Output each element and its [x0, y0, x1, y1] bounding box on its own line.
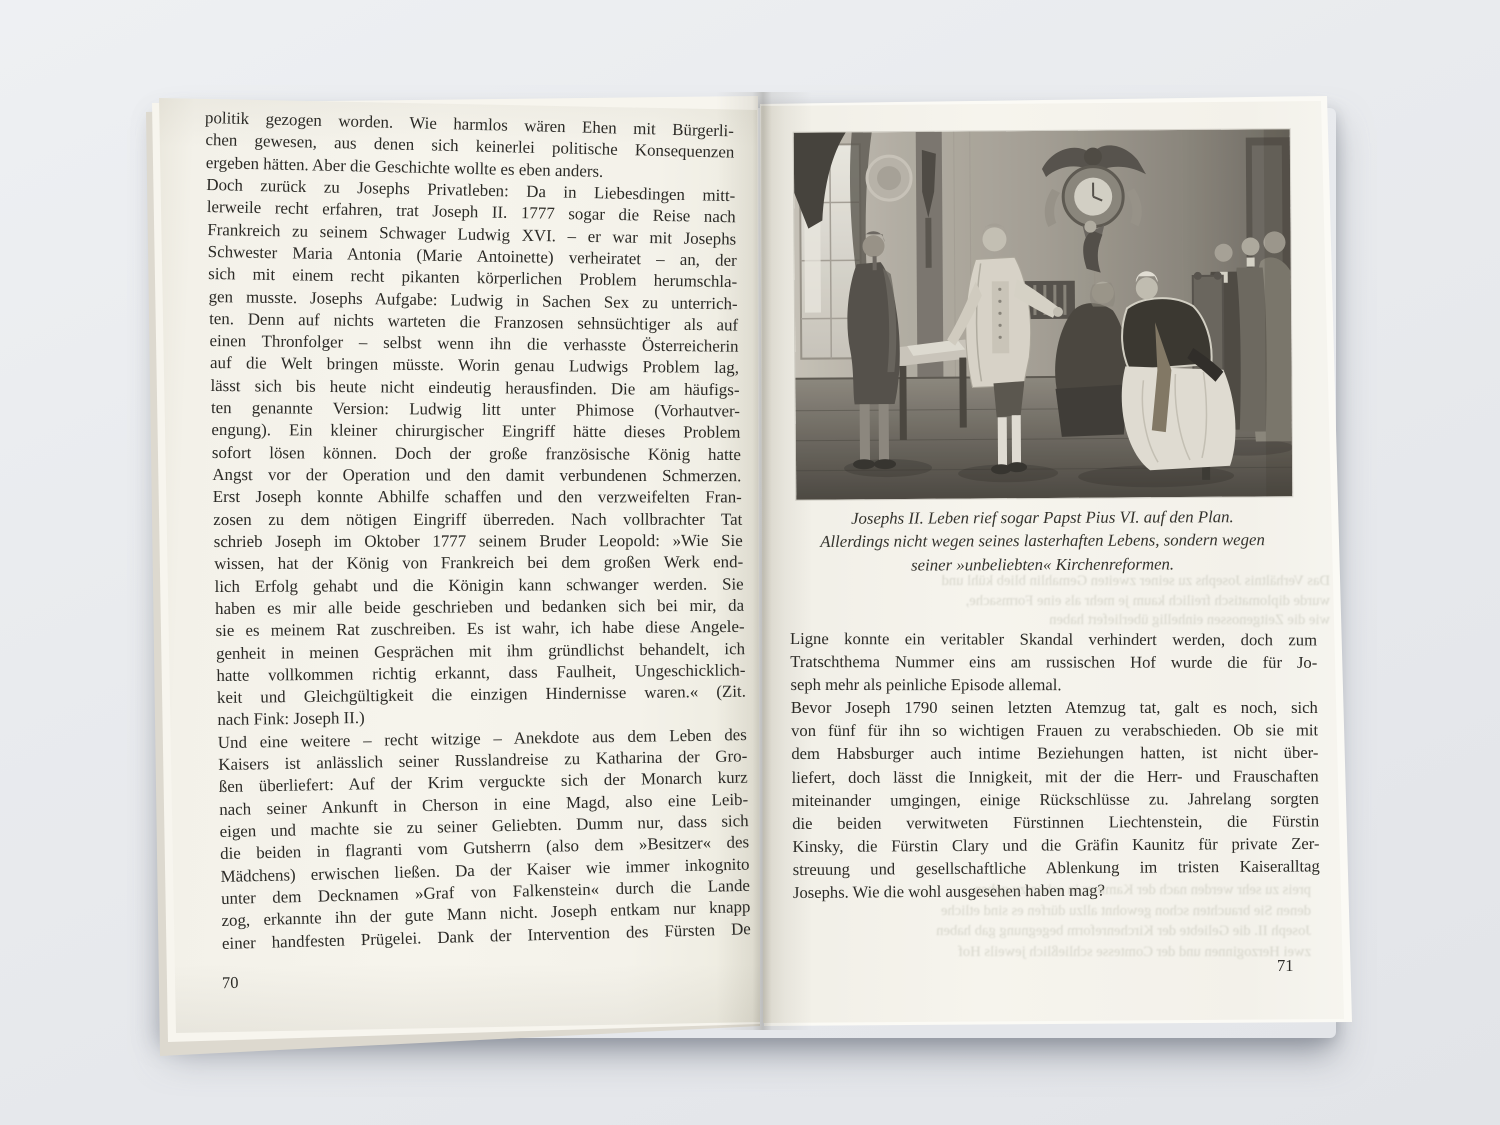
- text-line: schrieb Joseph im Oktober 1777 seinem Br…: [214, 530, 743, 553]
- text-line: die beiden verwitweten Fürstinnen Liecht…: [792, 809, 1319, 835]
- page-number-right: 71: [1277, 956, 1294, 976]
- text-line: engung). Ein kleiner chirurgischer Eingr…: [211, 419, 740, 444]
- text-line: miteinander umgingen, einige Rückschlüss…: [792, 787, 1319, 812]
- caption-line: Josephs II. Leben rief sogar Papst Pius …: [772, 505, 1313, 531]
- right-page-text-block: Ligne konnte ein veritabler Skandal verh…: [790, 627, 1317, 904]
- text-line: von fünf für ihn so wichtigen Frauen zu …: [791, 719, 1318, 743]
- text-line: Bevor Joseph 1790 seinen letzten Atemzug…: [791, 696, 1318, 719]
- ghost-line: zwei Herzoginnen und der Comtesse schlie…: [795, 942, 1311, 963]
- show-through-text-lower: preis zu sehr werden nach der Kammer in …: [795, 880, 1311, 962]
- text-line: Tratschthema Nummer eins am russischen H…: [790, 650, 1317, 674]
- ghost-line: Das Verhältnis Josephs zu seiner zweiten…: [818, 572, 1330, 592]
- left-page-text-block: politik gezogen worden. Wie harmlos wäre…: [205, 107, 734, 955]
- text-line: lich Erfolg gehabt und die Königin kann …: [215, 573, 744, 598]
- text-line: dem Habsburger auch intime Beziehungen h…: [791, 741, 1318, 765]
- text-line: seph mehr als peinliche Episode allemal.: [791, 673, 1318, 696]
- show-through-text-upper: Das Verhältnis Josephs zu seiner zweiten…: [818, 572, 1330, 631]
- text-line: Erst Joseph konnte Abhilfe schaffen und …: [213, 486, 742, 509]
- ghost-line: wurde diplomatisch freilich kaum je mehr…: [818, 592, 1330, 612]
- caption-line: Allerdings nicht wegen seines lasterhaft…: [772, 528, 1313, 554]
- ghost-line: preis zu sehr werden nach der Kammer in …: [795, 880, 1311, 901]
- text-line: Angst vor der Operation und den damit ve…: [212, 464, 741, 488]
- ghost-line: Joseph II. die Geliebte der Kirchenrefor…: [795, 921, 1311, 942]
- text-line: wissen, hat der König von Frankreich bei…: [214, 551, 743, 575]
- engraving-illustration: [794, 129, 1293, 499]
- engraving-scene: [794, 129, 1293, 499]
- text-line: liefert, doch lässt die Innigkeit, mit d…: [792, 764, 1319, 789]
- page-number-left: 70: [222, 973, 239, 993]
- text-line: sofort lösen können. Doch der große fran…: [212, 442, 741, 466]
- illustration-caption: Josephs II. Leben rief sogar Papst Pius …: [772, 505, 1313, 578]
- photo-of-open-book: { "colors": { "background": "#e9ebee", "…: [0, 0, 1500, 1125]
- text-line: Ligne konnte ein veritabler Skandal verh…: [790, 627, 1317, 651]
- text-line: zosen zu dem nötigen Eingriff überreden.…: [213, 508, 742, 531]
- ghost-line: denen Sie brauchten schon gewohnt allzu …: [795, 901, 1311, 922]
